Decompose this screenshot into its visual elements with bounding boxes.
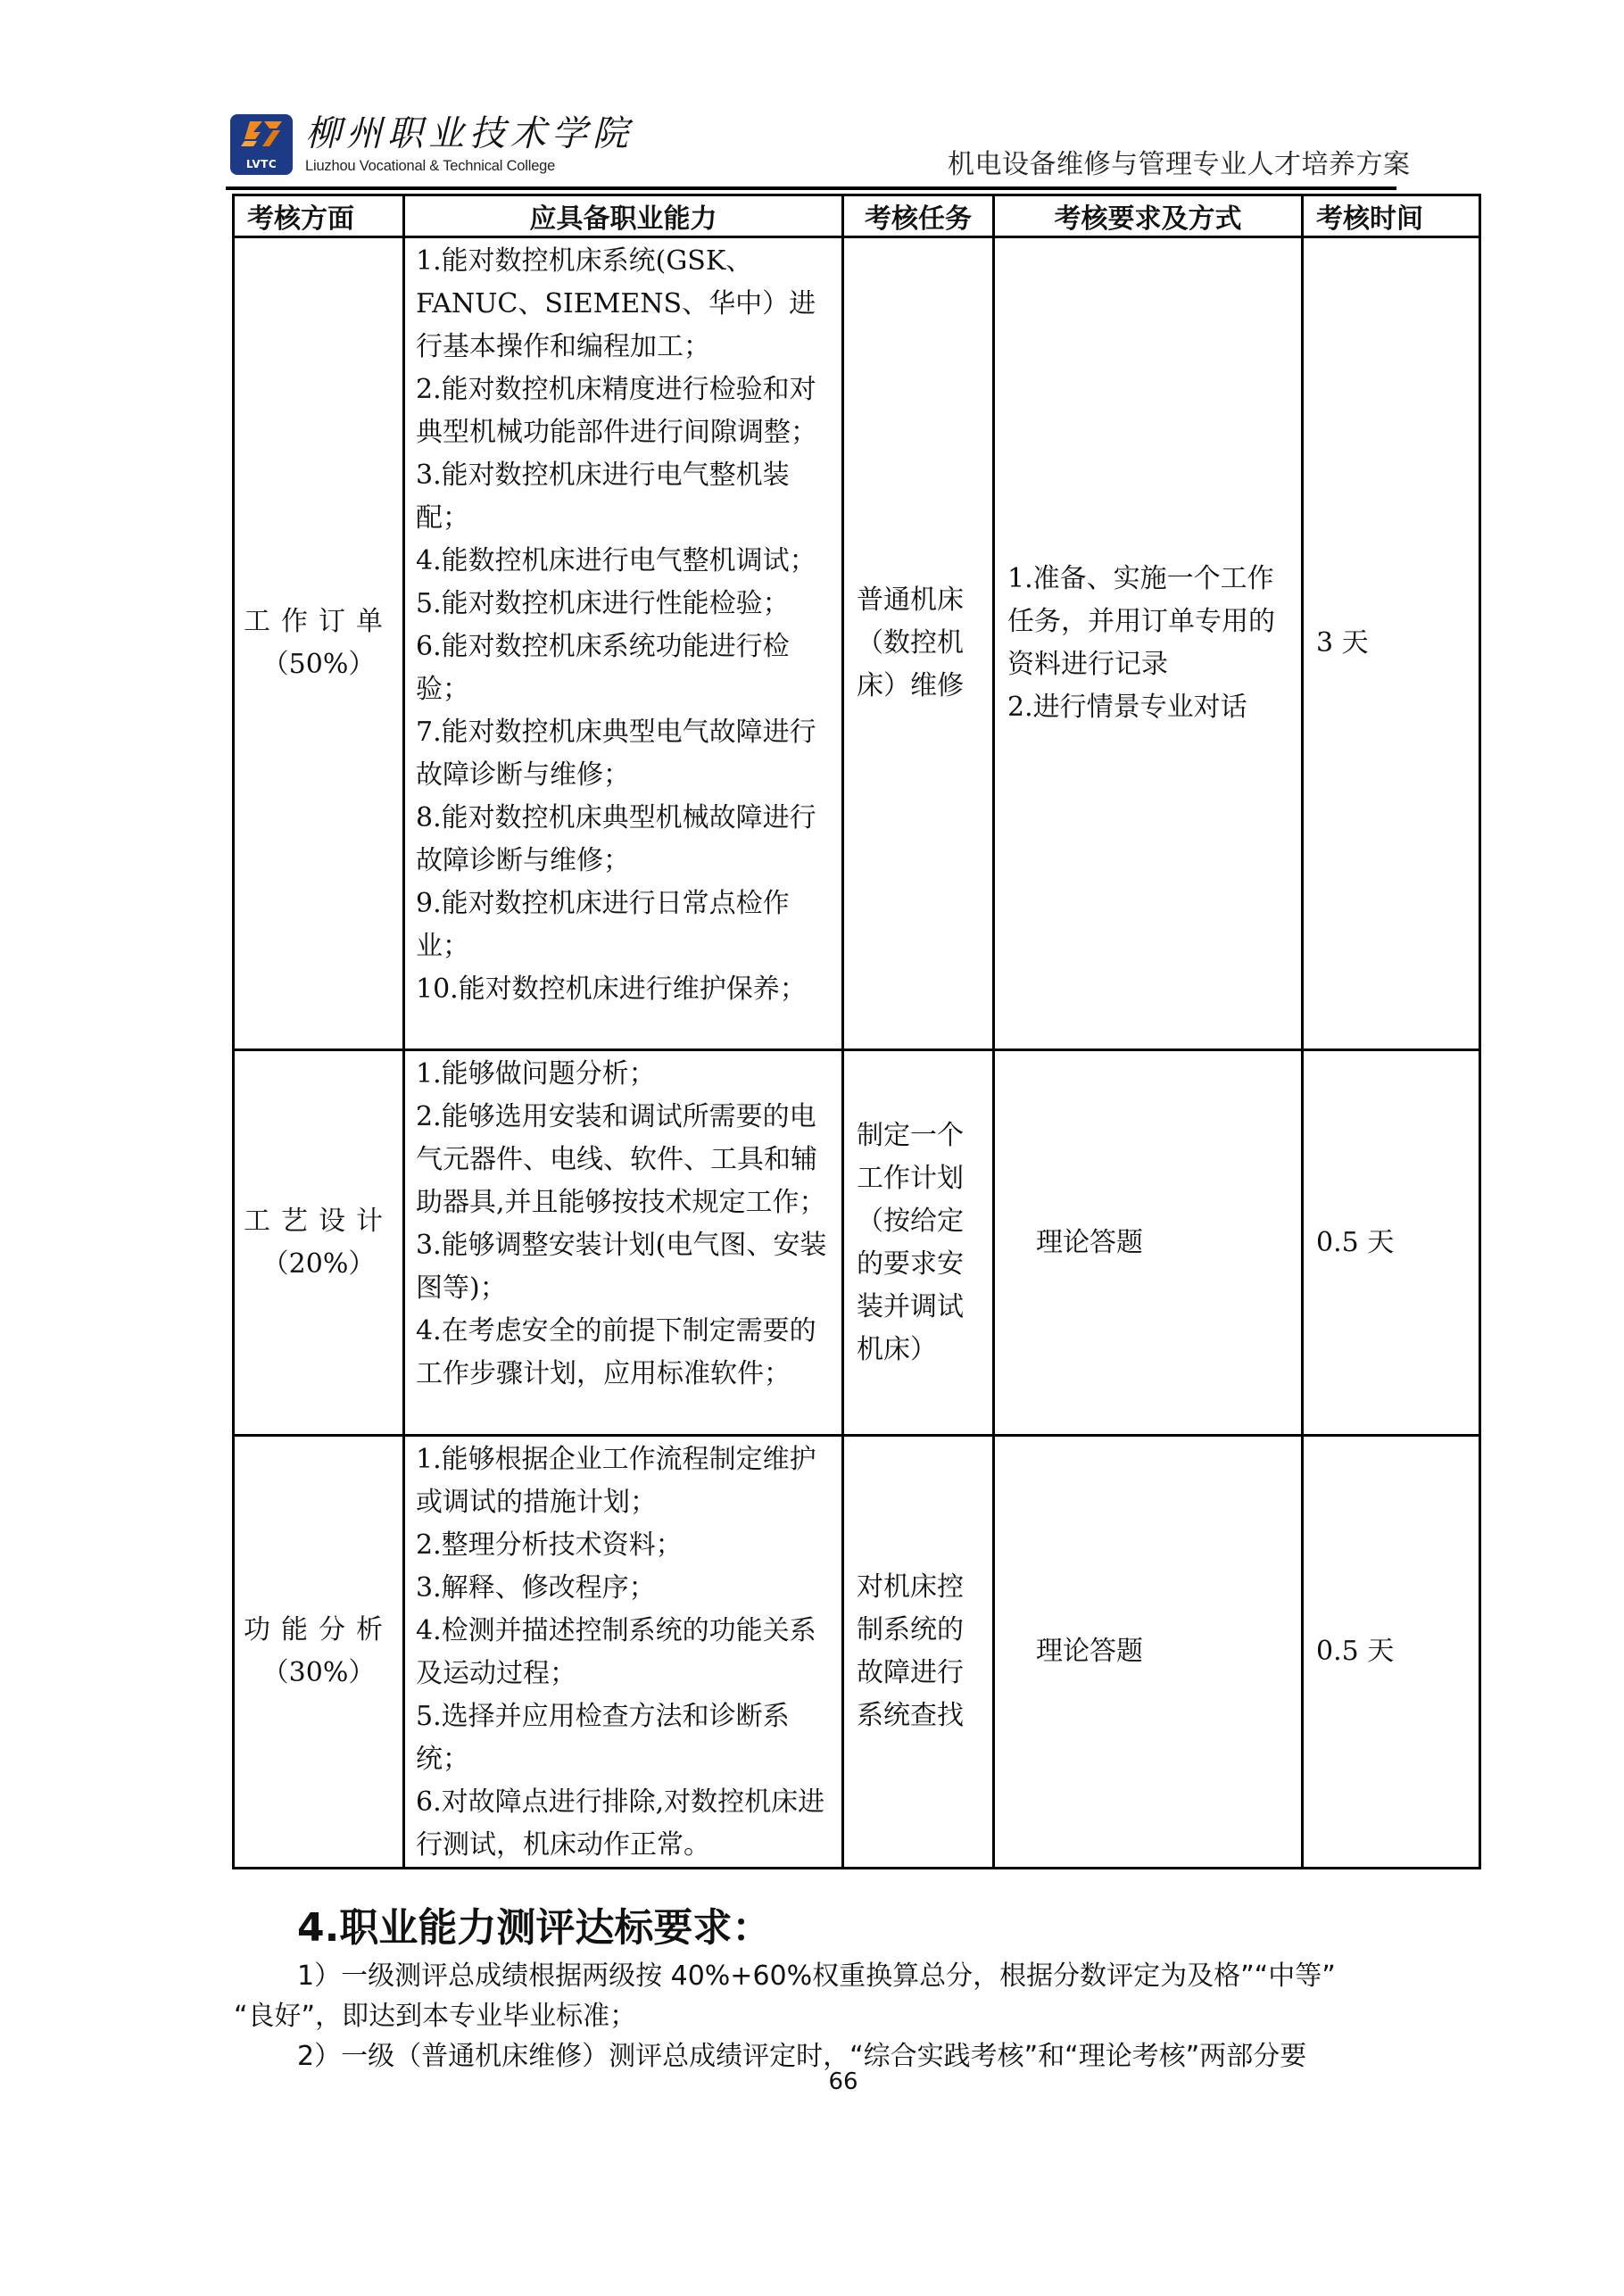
time-value: 0.5 天 [1316,1227,1394,1258]
aspect-weight: （50%） [235,643,402,686]
requirement-item: 理论答题 [1036,1636,1143,1667]
ability-item: 3.能对数控机床进行电气整机装配； [416,454,833,540]
college-name-en: Liuzhou Vocational & Technical College [305,158,555,175]
requirements-cell: 理论答题 [994,1436,1303,1869]
ability-item: 4.在考虑安全的前提下制定需要的工作步骤计划，应用标准软件； [416,1310,833,1396]
ability-item: 2.能够选用安装和调试所需要的电气元器件、电线、软件、工具和辅助器具,并且能够按… [416,1096,833,1224]
aspect-cell: 功能分析 （30%） [234,1436,404,1869]
ability-item: 6.能对数控机床系统功能进行检验； [416,626,833,711]
ability-item: 8.能对数控机床典型机械故障进行故障诊断与维修； [416,797,833,883]
time-value: 3 天 [1316,627,1369,659]
ability-item: 10.能对数控机床进行维护保养； [416,968,833,1011]
lvtc-logo-icon [237,120,286,155]
assessment-table: 考核方面 应具备职业能力 考核任务 考核要求及方式 考核时间 工作订单 （50%… [232,194,1481,1869]
ability-item: 3.解释、修改程序； [416,1567,833,1610]
requirement-item: 2.进行情景专业对话 [1007,686,1292,729]
requirement-item: 理论答题 [1036,1227,1143,1258]
time-cell: 0.5 天 [1303,1436,1480,1869]
table-row: 功能分析 （30%） 1.能够根据企业工作流程制定维护或调试的措施计划； 2.整… [234,1436,1480,1869]
column-header-aspect: 考核方面 [234,195,404,237]
abilities-cell: 1.能够做问题分析； 2.能够选用安装和调试所需要的电气元器件、电线、软件、工具… [404,1050,843,1436]
ability-item: 1.能对数控机床系统(GSK、FANUC、SIEMENS、华中）进行基本操作和编… [416,240,833,369]
column-header-task: 考核任务 [843,195,994,237]
ability-item: 3.能够调整安装计划(电气图、安装图等)； [416,1224,833,1310]
logo-text: LVTC [230,158,293,170]
ability-item: 7.能对数控机床典型电气故障进行故障诊断与维修； [416,711,833,797]
header-rule [226,186,1396,190]
section-heading: 4.职业能力测评达标要求： [297,1904,771,1952]
requirements-cell: 1.准备、实施一个工作任务，并用订单专用的资料进行记录 2.进行情景专业对话 [994,237,1303,1050]
requirements-cell: 理论答题 [994,1050,1303,1436]
ability-item: 1.能够根据企业工作流程制定维护或调试的措施计划； [416,1438,833,1524]
table-header-row: 考核方面 应具备职业能力 考核任务 考核要求及方式 考核时间 [234,195,1480,237]
ability-item: 9.能对数控机床进行日常点检作业； [416,883,833,968]
abilities-cell: 1.能够根据企业工作流程制定维护或调试的措施计划； 2.整理分析技术资料； 3.… [404,1436,843,1869]
document-title: 机电设备维修与管理专业人才培养方案 [948,150,1411,180]
task-cell: 对机床控制系统的故障进行系统查找 [843,1436,994,1869]
task-text: 普通机床（数控机床）维修 [857,584,964,701]
time-cell: 3 天 [1303,237,1480,1050]
ability-item: 2.整理分析技术资料； [416,1524,833,1567]
ability-item: 5.能对数控机床进行性能检验； [416,583,833,626]
task-cell: 制定一个工作计划（按给定的要求安装并调试机床） [843,1050,994,1436]
college-logo: LVTC [230,114,293,175]
aspect-label: 功能分析 [244,1614,394,1645]
aspect-cell: 工艺设计 （20%） [234,1050,404,1436]
page-number: 66 [0,2068,1624,2095]
paragraph: “良好”，即达到本专业毕业标准； [234,1999,636,2035]
ability-item: 2.能对数控机床精度进行检验和对典型机械功能部件进行间隙调整； [416,369,833,454]
aspect-weight: （30%） [235,1652,402,1695]
task-cell: 普通机床（数控机床）维修 [843,237,994,1050]
column-header-requirements: 考核要求及方式 [994,195,1303,237]
ability-item: 4.能数控机床进行电气整机调试； [416,540,833,583]
paragraph: 1）一级测评总成绩根据两级按 40%+60%权重换算总分，根据分数评定为及格”“… [297,1959,1336,1994]
column-header-time: 考核时间 [1303,195,1480,237]
table-row: 工作订单 （50%） 1.能对数控机床系统(GSK、FANUC、SIEMENS、… [234,237,1480,1050]
aspect-weight: （20%） [235,1243,402,1286]
aspect-label: 工作订单 [244,606,394,637]
task-text: 对机床控制系统的故障进行系统查找 [857,1571,964,1731]
task-text: 制定一个工作计划（按给定的要求安装并调试机床） [857,1120,964,1365]
ability-item: 4.检测并描述控制系统的功能关系及运动过程； [416,1610,833,1695]
table-row: 工艺设计 （20%） 1.能够做问题分析； 2.能够选用安装和调试所需要的电气元… [234,1050,1480,1436]
abilities-cell: 1.能对数控机床系统(GSK、FANUC、SIEMENS、华中）进行基本操作和编… [404,237,843,1050]
aspect-label: 工艺设计 [244,1206,394,1237]
column-header-abilities: 应具备职业能力 [404,195,843,237]
requirement-item: 1.准备、实施一个工作任务，并用订单专用的资料进行记录 [1007,558,1292,686]
ability-item: 5.选择并应用检查方法和诊断系统； [416,1695,833,1781]
college-name-cn: 柳州职业技术学院 [305,114,634,153]
time-value: 0.5 天 [1316,1636,1394,1667]
ability-item: 1.能够做问题分析； [416,1053,833,1096]
ability-item: 6.对故障点进行排除,对数控机床进行测试，机床动作正常。 [416,1781,833,1867]
aspect-cell: 工作订单 （50%） [234,237,404,1050]
time-cell: 0.5 天 [1303,1050,1480,1436]
